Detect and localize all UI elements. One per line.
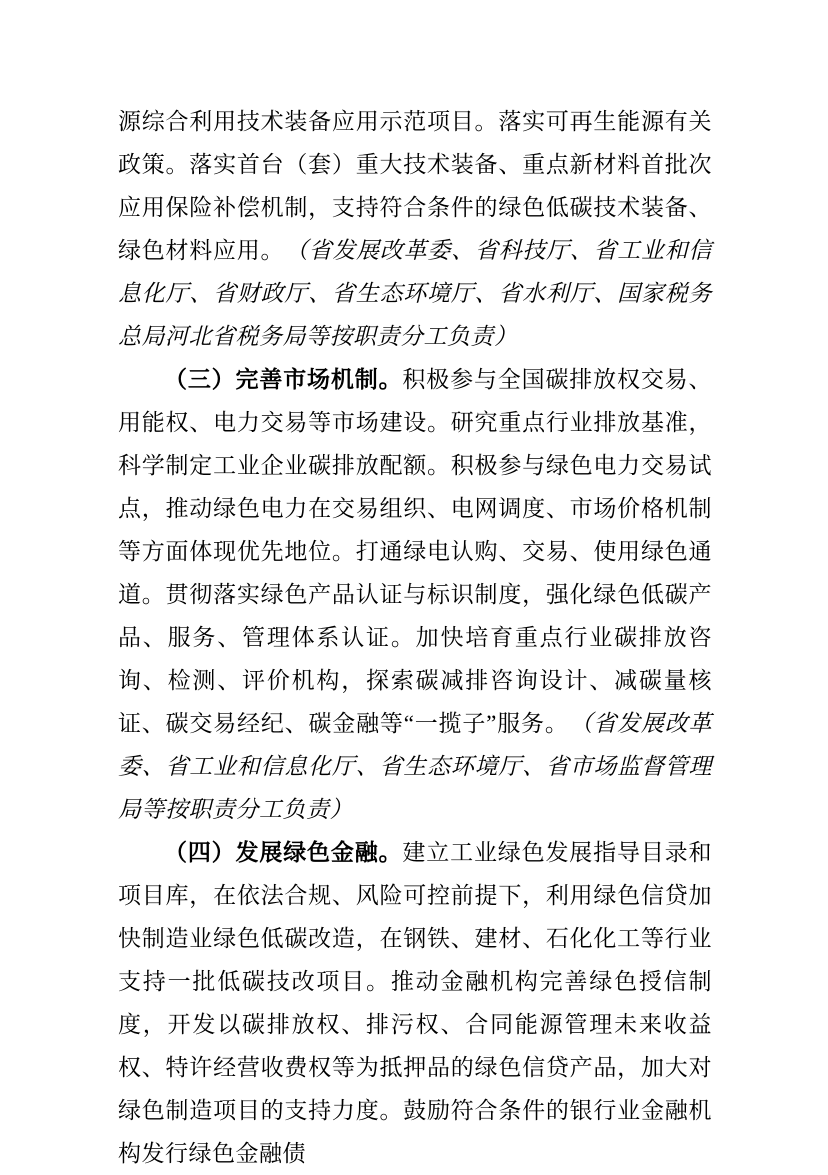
text-segment-bold: （四）发展绿色金融。 [164, 840, 402, 865]
text-segment-normal: 积极参与全国碳排放权交易、用能权、电力交易等市场建设。研究重点行业排放基准，科学… [118, 367, 712, 736]
paragraph: 源综合利用技术装备应用示范项目。落实可再生能源有关政策。落实首台（套）重大技术装… [118, 100, 712, 358]
paragraph: （三）完善市场机制。积极参与全国碳排放权交易、用能权、电力交易等市场建设。研究重… [118, 358, 712, 831]
document-body: 源综合利用技术装备应用示范项目。落实可再生能源有关政策。落实首台（套）重大技术装… [118, 100, 712, 1175]
text-segment-bold: （三）完善市场机制。 [164, 367, 402, 392]
text-segment-normal: 建立工业绿色发展指导目录和项目库，在依法合规、风险可控前提下，利用绿色信贷加快制… [118, 840, 712, 1166]
paragraph: （四）发展绿色金融。建立工业绿色发展指导目录和项目库，在依法合规、风险可控前提下… [118, 831, 712, 1175]
document-page: 源综合利用技术装备应用示范项目。落实可再生能源有关政策。落实首台（套）重大技术装… [0, 0, 828, 1175]
